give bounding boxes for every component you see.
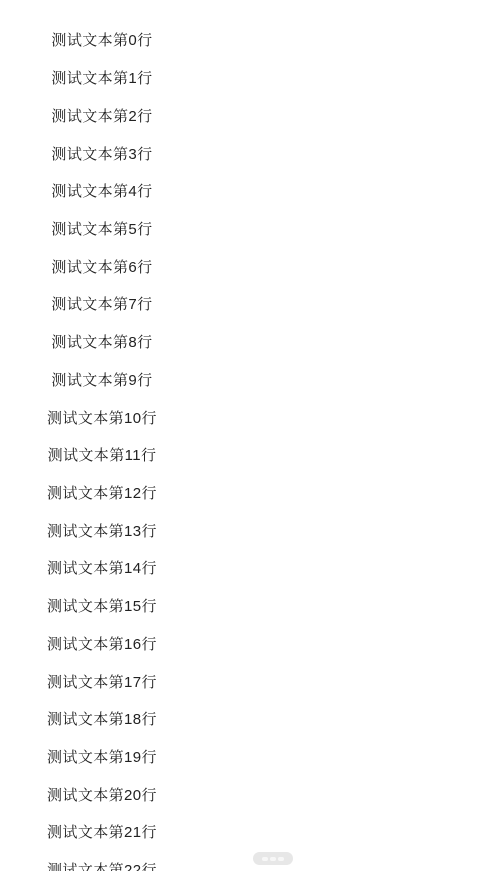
list-item-label: 测试文本第14行 <box>47 561 157 576</box>
list-item[interactable]: 测试文本第21行 <box>0 814 204 852</box>
list-item[interactable]: 测试文本第15行 <box>0 588 204 626</box>
list-item-label: 测试文本第16行 <box>47 637 157 652</box>
list-item[interactable]: 测试文本第14行 <box>0 550 204 588</box>
list-item-label: 测试文本第7行 <box>51 297 152 312</box>
list-item[interactable]: 测试文本第0行 <box>0 22 204 60</box>
list-item[interactable]: 测试文本第16行 <box>0 626 204 664</box>
list-item[interactable]: 测试文本第9行 <box>0 361 204 399</box>
list-item-label: 测试文本第22行 <box>47 863 157 871</box>
list-item[interactable]: 测试文本第6行 <box>0 248 204 286</box>
list-item[interactable]: 测试文本第1行 <box>0 60 204 98</box>
list-item[interactable]: 测试文本第22行 <box>0 852 204 871</box>
list-item-label: 测试文本第17行 <box>47 675 157 690</box>
list-item-label: 测试文本第9行 <box>51 373 152 388</box>
list-item[interactable]: 测试文本第10行 <box>0 399 204 437</box>
list-item-label: 测试文本第19行 <box>47 750 157 765</box>
list-item-label: 测试文本第3行 <box>51 147 152 162</box>
list-item-label: 测试文本第6行 <box>51 260 152 275</box>
list-item-label: 测试文本第12行 <box>47 486 157 501</box>
list-item-label: 测试文本第5行 <box>51 222 152 237</box>
list-item[interactable]: 测试文本第7行 <box>0 286 204 324</box>
list-item-label: 测试文本第20行 <box>47 788 157 803</box>
list-item-label: 测试文本第11行 <box>48 448 157 463</box>
list-item[interactable]: 测试文本第19行 <box>0 739 204 777</box>
list-item-label: 测试文本第13行 <box>47 524 157 539</box>
list-item[interactable]: 测试文本第4行 <box>0 173 204 211</box>
watermark-pill <box>253 852 293 865</box>
list-item-label: 测试文本第21行 <box>47 825 157 840</box>
list-item[interactable]: 测试文本第20行 <box>0 776 204 814</box>
list-item-label: 测试文本第4行 <box>51 184 152 199</box>
list-item[interactable]: 测试文本第2行 <box>0 97 204 135</box>
list-item[interactable]: 测试文本第8行 <box>0 324 204 362</box>
app-screen: 测试文本第0行 测试文本第1行 测试文本第2行 测试文本第3行 测试文本第4行 … <box>0 0 490 886</box>
list-item-label: 测试文本第2行 <box>51 109 152 124</box>
list-item-label: 测试文本第10行 <box>47 411 157 426</box>
list-item[interactable]: 测试文本第3行 <box>0 135 204 173</box>
list-item-label: 测试文本第8行 <box>51 335 152 350</box>
list-item-label: 测试文本第0行 <box>51 33 152 48</box>
test-text-list[interactable]: 测试文本第0行 测试文本第1行 测试文本第2行 测试文本第3行 测试文本第4行 … <box>0 22 204 871</box>
watermark-mark <box>270 857 276 861</box>
list-item[interactable]: 测试文本第12行 <box>0 475 204 513</box>
list-item-label: 测试文本第1行 <box>51 71 152 86</box>
list-item[interactable]: 测试文本第11行 <box>0 437 204 475</box>
list-item[interactable]: 测试文本第17行 <box>0 663 204 701</box>
list-item[interactable]: 测试文本第13行 <box>0 512 204 550</box>
list-item[interactable]: 测试文本第5行 <box>0 211 204 249</box>
list-item[interactable]: 测试文本第18行 <box>0 701 204 739</box>
list-item-label: 测试文本第15行 <box>47 599 157 614</box>
watermark-mark <box>262 857 268 861</box>
list-item-label: 测试文本第18行 <box>47 712 157 727</box>
watermark-mark <box>278 857 284 861</box>
